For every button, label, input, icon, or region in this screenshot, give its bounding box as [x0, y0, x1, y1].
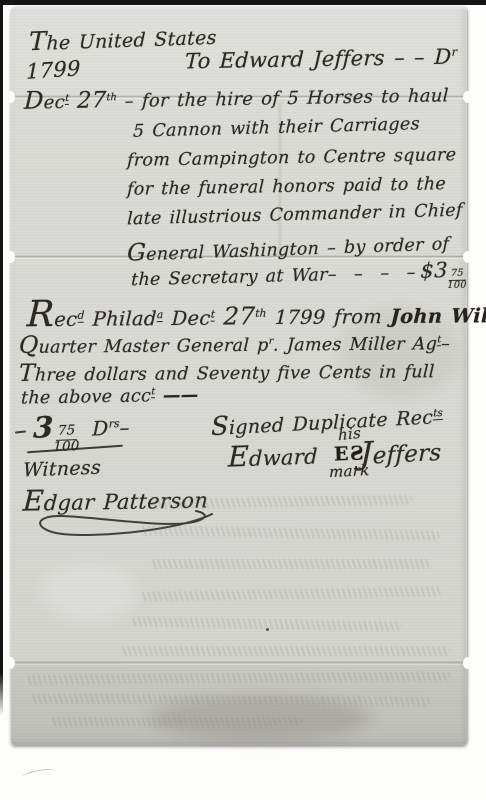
- manuscript-page: The United States To Edward Jeffers – – …: [11, 7, 467, 745]
- year-label: 1799: [26, 57, 81, 84]
- paper-highlight: [41, 562, 136, 622]
- debit-line: To Edward Jeffers – – Dr: [185, 46, 458, 74]
- witness-label: Witness: [23, 458, 102, 482]
- signature-first-name: Edward: [228, 438, 318, 472]
- total-unit: Drs–: [92, 415, 130, 440]
- fold-notch: [6, 657, 15, 669]
- ink-dash: [15, 430, 26, 433]
- pencil-mark: [21, 767, 56, 782]
- charge-amount: $375100: [420, 259, 467, 292]
- ink-dot: [266, 628, 269, 631]
- charge-line-3: from Campington to Centre square: [127, 146, 457, 171]
- bleed-through-line: [150, 559, 430, 569]
- receipt-line-3: Three dollars and Seventy five Cents in …: [18, 356, 435, 386]
- bleed-through-line: [50, 717, 302, 727]
- receipt-line-4: the above acct ——: [21, 386, 199, 408]
- scanner-edge-top: [0, 0, 486, 5]
- charge-line-7-text: the Secretary at War: [131, 266, 328, 290]
- debit-dashes: – –: [394, 46, 425, 70]
- receipt-line-2: Quarter Master General pr. James Miller …: [18, 328, 450, 358]
- fold-notch: [6, 91, 15, 103]
- payer-name: John Wilkins: [390, 304, 486, 328]
- scanner-edge-left: [0, 0, 3, 716]
- fold-notch: [6, 251, 15, 263]
- bleed-through-line: [140, 586, 442, 601]
- his-label: his: [338, 425, 362, 444]
- charge-line-4: for the funeral honors paid to the: [127, 175, 447, 200]
- signature-flourish: [26, 507, 221, 543]
- charge-line-5: late illustrious Commander in Chief: [127, 202, 463, 230]
- debit-abbreviation: Dr: [434, 46, 457, 70]
- fold-notch: [463, 657, 472, 669]
- charge-line-2: 5 Cannon with their Carriages: [133, 115, 420, 142]
- fold-notch: [463, 91, 472, 103]
- debtor-name: To Edward Jeffers: [185, 47, 386, 74]
- fold-crease: [11, 661, 467, 665]
- bleed-through-line: [120, 646, 450, 656]
- signature-last-name: Jeffers: [360, 433, 442, 471]
- fill-dashes: – – – –: [327, 264, 420, 286]
